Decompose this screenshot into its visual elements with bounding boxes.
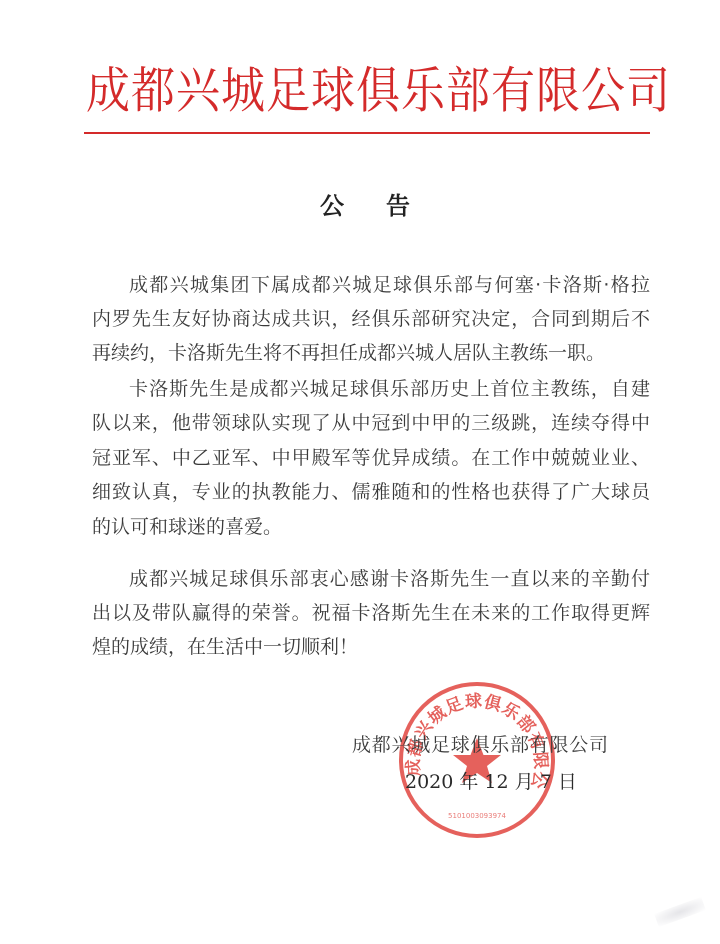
paragraph-2-line-3: 冠亚军、中乙亚军、中甲殿军等优异成绩。在工作中兢兢业业、 <box>92 441 650 475</box>
letterhead-company-name: 成都兴城足球俱乐部有限公司 <box>86 58 648 125</box>
paragraph-1-line-3: 再续约，卡洛斯先生将不再担任成都兴城人居队主教练一职。 <box>92 336 650 370</box>
notice-title-char-1: 公 <box>320 190 344 222</box>
seal-code: 5101003093974 <box>448 812 506 820</box>
paragraph-3-line-2: 出以及带队赢得的荣誉。祝福卡洛斯先生在未来的工作取得更辉 <box>92 596 650 630</box>
notice-title: 公 告 <box>320 190 410 222</box>
notice-title-char-2: 告 <box>386 190 410 222</box>
paragraph-2-line-2: 队以来，他带领球队实现了从中冠到中甲的三级跳，连续夺得中 <box>92 406 650 440</box>
paragraph-1-line-1: 成都兴城集团下属成都兴城足球俱乐部与何塞·卡洛斯·格拉 <box>129 268 650 302</box>
company-seal-stamp: 成都兴城足球俱乐部有限公司 5101003093974 <box>397 680 557 840</box>
letterhead-divider <box>84 132 650 134</box>
paragraph-2-line-5: 的认可和球迷的喜爱。 <box>92 510 650 544</box>
signature-organization: 成都兴城足球俱乐部有限公司 <box>352 730 608 760</box>
paragraph-2-line-1: 卡洛斯先生是成都兴城足球俱乐部历史上首位主教练，自建 <box>129 372 650 406</box>
signature-date: 2020 年 12 月 7 日 <box>405 767 565 797</box>
paragraph-3-line-1: 成都兴城足球俱乐部衷心感谢卡洛斯先生一直以来的辛勤付 <box>129 562 650 596</box>
paragraph-3-line-3: 煌的成绩，在生活中一切顺利！ <box>92 630 650 664</box>
paragraph-1-line-2: 内罗先生友好协商达成共识，经俱乐部研究决定，合同到期后不 <box>92 302 650 336</box>
scan-smudge <box>654 897 706 927</box>
paragraph-2-line-4: 细致认真，专业的执教能力、儒雅随和的性格也获得了广大球员 <box>92 475 650 509</box>
